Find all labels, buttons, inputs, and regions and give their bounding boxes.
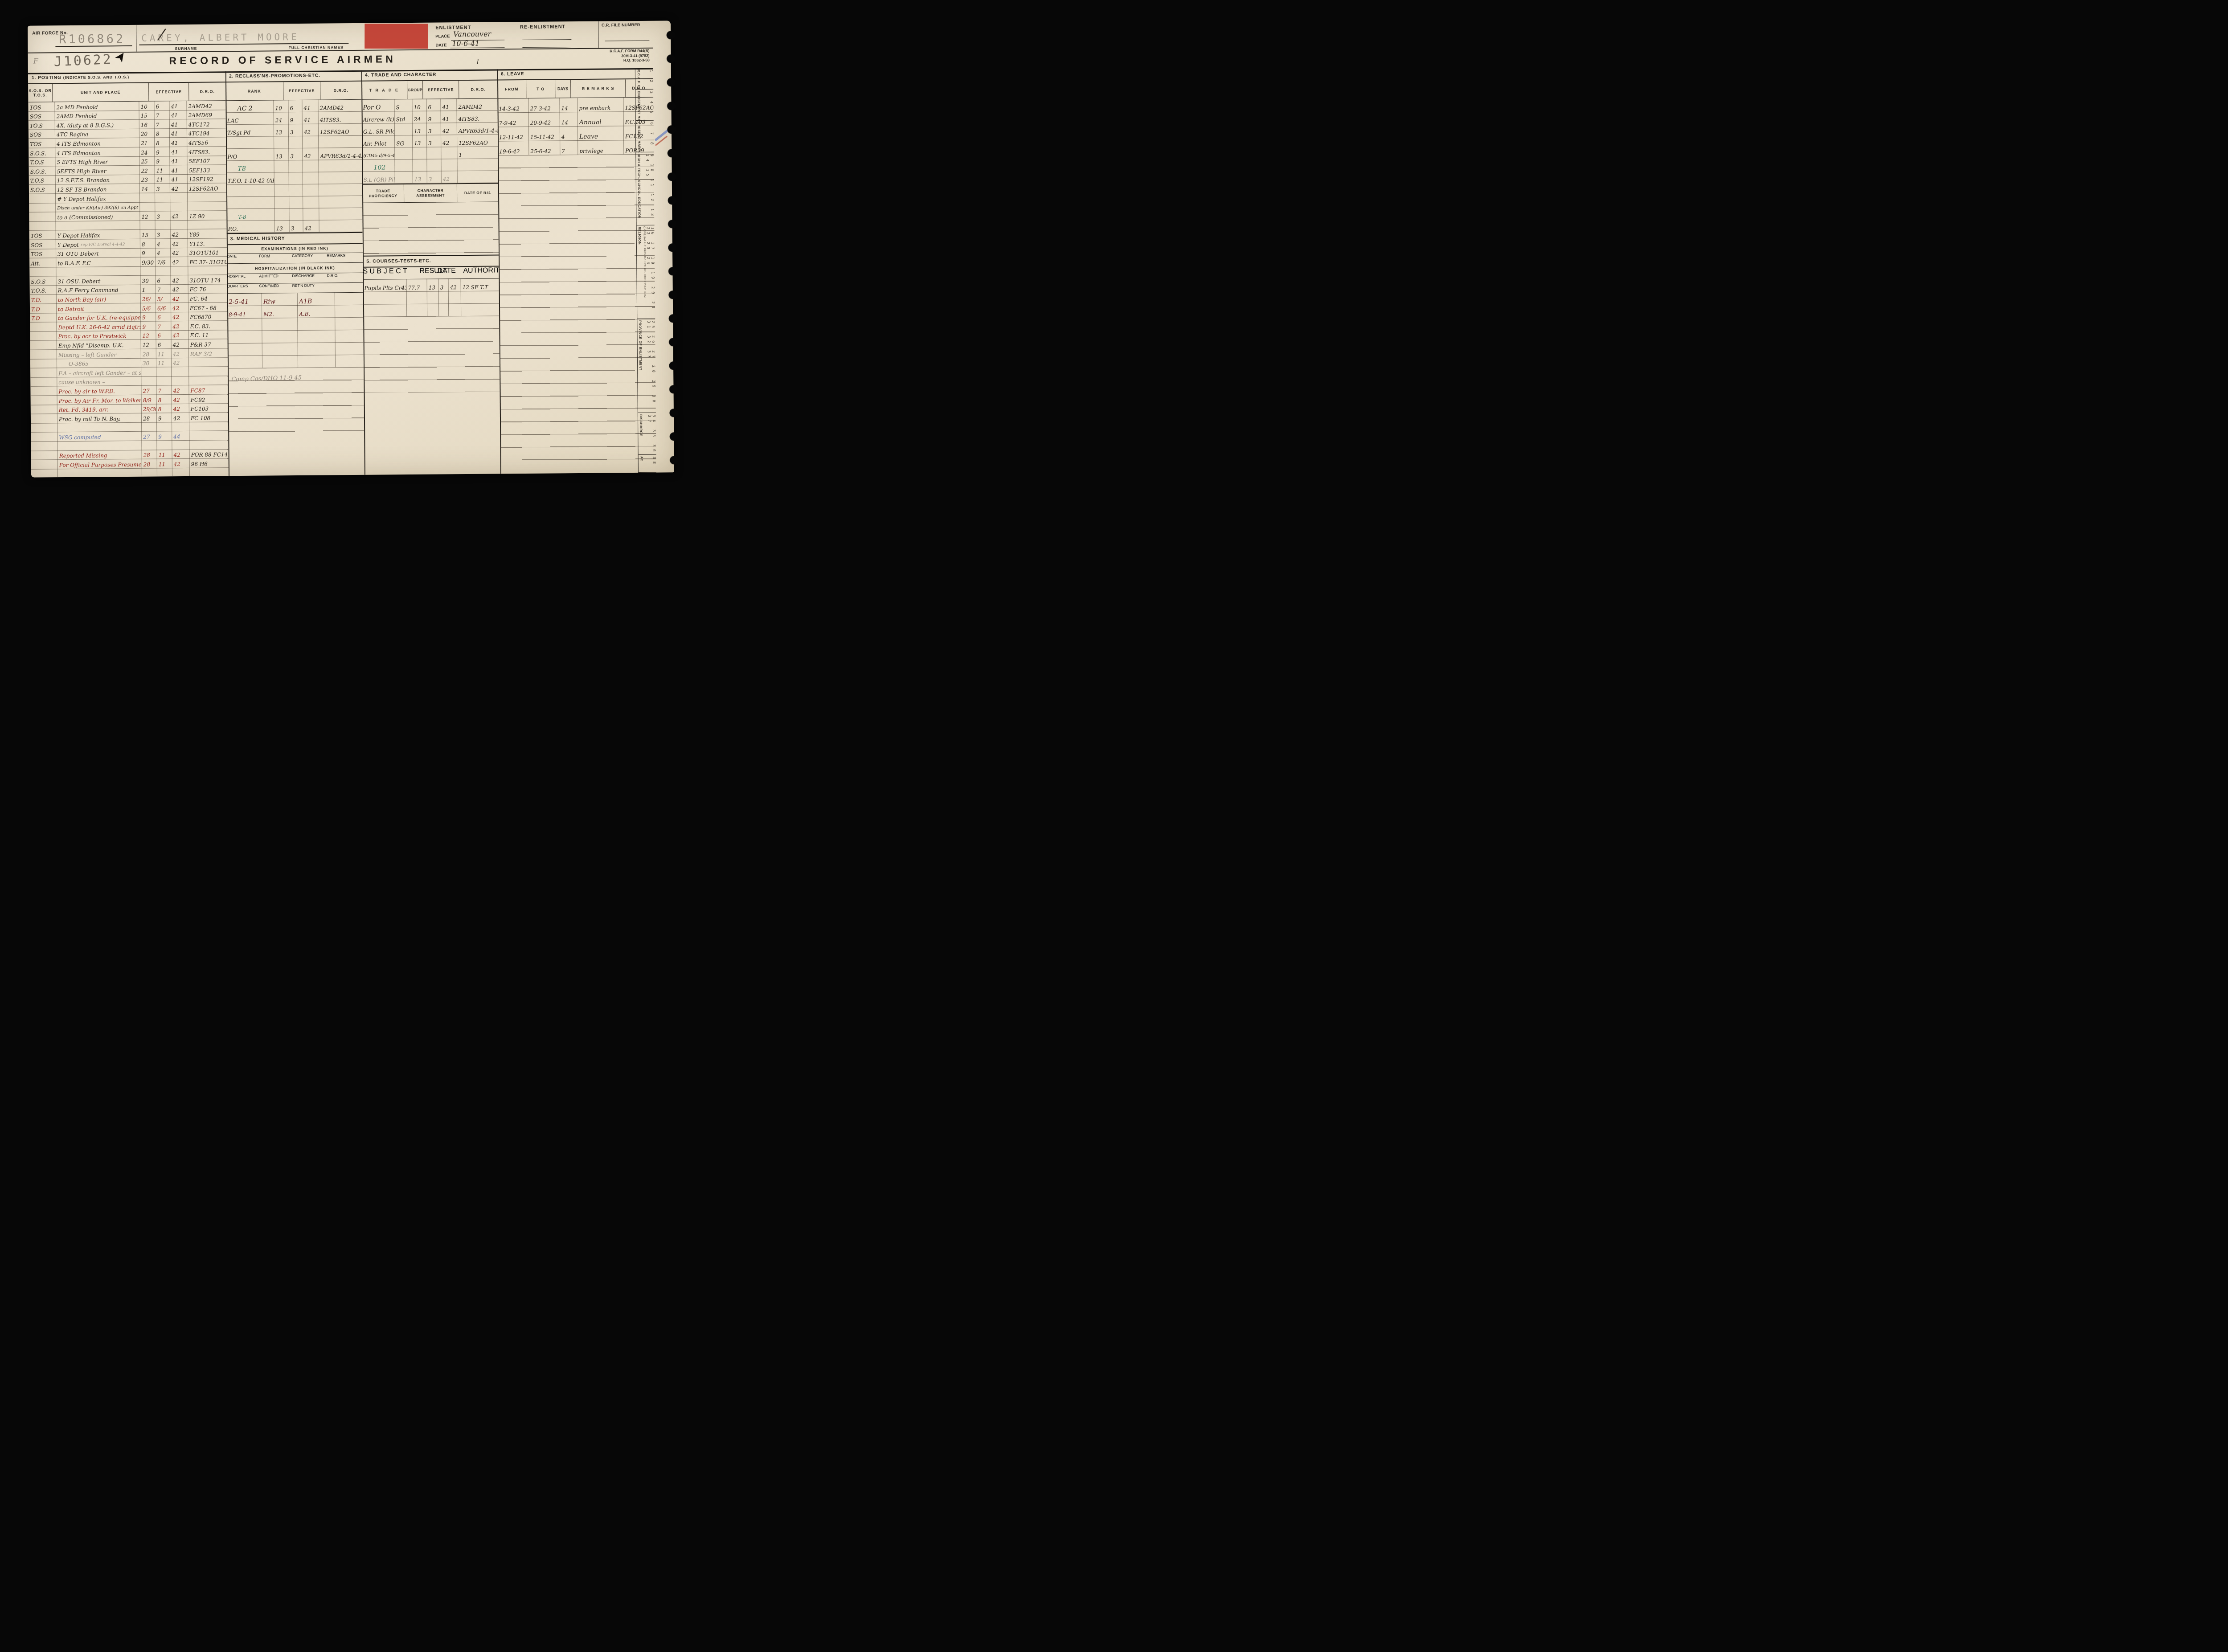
posting-dro: FC6870 bbox=[188, 311, 227, 321]
posting-dro bbox=[188, 266, 227, 275]
posting-day: 14 bbox=[139, 184, 155, 193]
form-number: R.C.A.F. FORM R44(B) 30M-3-41 (9782) H.Q… bbox=[610, 49, 649, 63]
edge-group-label: R.C.A.F. OVERSEAS bbox=[635, 68, 642, 89]
posting-day: 28 bbox=[141, 348, 156, 358]
trade-name: S.L (QR) Pilot bbox=[362, 171, 395, 184]
posting-unit-text: Proc. by acr to Prestwick bbox=[58, 333, 126, 339]
leave-days: 14 bbox=[560, 112, 577, 126]
col-rank: RANK bbox=[225, 82, 283, 100]
col-trade-proficiency: TRADE PROFICIENCY bbox=[362, 184, 404, 203]
col-group: GROUP bbox=[407, 81, 422, 99]
medical-date: 8-9-41 bbox=[227, 306, 262, 319]
edge-group-numbers: 25 26 27 28 29 30 31 32 33 bbox=[646, 319, 656, 412]
section-posting: 1. POSTING (INDICATE S.O.S. AND T.O.S.) … bbox=[28, 71, 229, 477]
posting-unit: Emp Nfld “Disemp. U.K. bbox=[57, 339, 141, 349]
course-year bbox=[448, 291, 461, 303]
trade-dro: 12SF62AO bbox=[457, 134, 498, 147]
posting-sos bbox=[30, 331, 56, 340]
edge-group: ENLISTMENT MARTIAL STATUS 3 4 5 bbox=[635, 89, 654, 121]
posting-sos bbox=[31, 432, 57, 442]
trade-row: Aircrew (lt) Std 24 9 41 4ITS83. bbox=[362, 110, 498, 123]
trade-year: 42 bbox=[441, 135, 457, 147]
posting-unit: For Official Purposes Presumed Dead bbox=[57, 459, 142, 469]
posting-sos bbox=[31, 423, 57, 432]
posting-dro: 96 H6 bbox=[189, 458, 229, 467]
posting-month bbox=[155, 266, 170, 275]
posting-year bbox=[171, 367, 188, 376]
col-effective: EFFECTIVE bbox=[422, 81, 459, 99]
medical-date: 2-5-41 bbox=[227, 293, 262, 306]
trade-dro bbox=[457, 170, 498, 183]
trade-month: 3 bbox=[426, 123, 441, 135]
posting-dro: FC. 64 bbox=[188, 293, 227, 303]
date-value: 10-6-41 bbox=[452, 39, 479, 48]
christian-names-label: FULL CHRISTIAN NAMES bbox=[288, 45, 343, 50]
surname-label: SURNAME bbox=[175, 46, 197, 51]
courses-rows: Pupils Plts Cr43 77.7 13 3 42 12 SF T.T bbox=[363, 278, 500, 317]
reclass-dro bbox=[319, 196, 362, 208]
posting-year bbox=[172, 440, 189, 450]
posting-month: 4 bbox=[155, 238, 170, 248]
trade-month: 9 bbox=[426, 110, 441, 123]
posting-month: 11 bbox=[157, 477, 172, 478]
posting-unit: Ret. Fd. 3419. arr. bbox=[57, 404, 141, 413]
posting-year bbox=[172, 468, 189, 477]
reclass-month bbox=[289, 172, 303, 184]
medical-row bbox=[228, 355, 364, 368]
course-day bbox=[427, 303, 438, 316]
cr-file-number-label: C.R. FILE NUMBER bbox=[602, 23, 651, 29]
col-sos-tos: S.O.S. OR T.O.S. bbox=[28, 84, 52, 102]
posting-sos: T.D bbox=[30, 313, 56, 322]
trade-rows: Por O S 10 6 41 2AMD42 Aircrew (lt) Std … bbox=[361, 98, 498, 184]
posting-unit-text: Proc. by air to W.P.B. bbox=[58, 388, 115, 395]
posting-year: 41 bbox=[169, 137, 187, 147]
trade-dro: APVR63d/1-4-42 bbox=[457, 122, 498, 135]
posting-day: 10 bbox=[139, 101, 154, 110]
edge-group: RELIGION C. OF E. BAP. U.C. PRES. R.C. H… bbox=[637, 225, 655, 319]
posting-sos: T.D. bbox=[30, 294, 56, 304]
course-year: 42 bbox=[448, 278, 461, 291]
posting-month: 7 bbox=[154, 110, 169, 119]
posting-dro: 2AMD69 bbox=[187, 110, 226, 119]
medical-date-text: 2-5-41 bbox=[229, 299, 249, 305]
reclass-dro bbox=[319, 172, 362, 184]
posting-dro bbox=[188, 376, 228, 385]
posting-sos: SOS bbox=[29, 239, 56, 249]
posting-year bbox=[170, 266, 188, 275]
posting-year bbox=[172, 422, 189, 431]
posting-unit-text: Emp Nfld “Disemp. U.K. bbox=[58, 343, 124, 349]
posting-unit bbox=[55, 220, 139, 230]
reclass-dro bbox=[319, 220, 362, 232]
trade-dro: 4ITS83. bbox=[457, 110, 498, 123]
posting-unit-text: to Detroit bbox=[58, 306, 84, 312]
reclass-title: 2. RECLASS'NS-PROMOTIONS-ETC. bbox=[225, 70, 361, 82]
posting-year: 42 bbox=[171, 339, 188, 348]
medical-row: 2-5-41 Riw A1B bbox=[227, 293, 363, 306]
posting-year: 41 bbox=[169, 128, 187, 138]
posting-year: 42 bbox=[171, 312, 188, 321]
reclass-day: 13 bbox=[274, 124, 288, 136]
posting-sos: T.O.S bbox=[29, 175, 55, 184]
reclass-month: 3 bbox=[289, 220, 303, 232]
serial-underline bbox=[55, 45, 132, 47]
posting-dro: 12SF192 bbox=[187, 174, 226, 183]
posting-dro bbox=[187, 220, 226, 229]
posting-unit: 5EFTS High River bbox=[55, 165, 139, 175]
edge-group-label: AC bbox=[639, 454, 645, 472]
posting-month: 11 bbox=[156, 358, 171, 367]
trade-month: 3 bbox=[427, 171, 441, 183]
medical-category bbox=[297, 317, 335, 330]
leave-from: 19-6-42 bbox=[498, 141, 528, 155]
posting-month: 11 bbox=[157, 450, 172, 459]
trade-day: 24 bbox=[412, 111, 426, 123]
posting-month: 9 bbox=[156, 431, 172, 441]
reclass-year bbox=[303, 184, 319, 196]
leave-from: 12-11-42 bbox=[498, 127, 528, 141]
posting-day: 9 bbox=[140, 248, 155, 257]
posting-dro bbox=[188, 357, 228, 367]
posting-month: 9 bbox=[154, 156, 169, 165]
posting-month: 6/6 bbox=[156, 303, 171, 312]
col-trade: T R A D E bbox=[361, 81, 407, 99]
leave-remarks: privilege bbox=[577, 140, 623, 155]
posting-unit: 4X. (duty at 8 B.G.S.) bbox=[55, 119, 139, 129]
trade-day bbox=[412, 147, 426, 159]
posting-year: 42 bbox=[170, 183, 187, 192]
posting-unit: # Y Depot Halifax bbox=[55, 193, 139, 203]
course-day: 13 bbox=[427, 278, 438, 291]
posting-row bbox=[31, 468, 229, 478]
col-effective: EFFECTIVE bbox=[148, 83, 188, 101]
posting-sos bbox=[31, 405, 57, 414]
posting-year: 42 bbox=[171, 385, 188, 394]
medical-title: 3. MEDICAL HISTORY bbox=[227, 233, 363, 245]
posting-unit-text: Ret. Fd. 3419. arr. bbox=[59, 407, 109, 413]
edge-group-numbers: 3 4 5 bbox=[645, 89, 654, 120]
posting-unit: 31 OTU Debert bbox=[56, 248, 140, 258]
posting-day: 9 bbox=[140, 321, 156, 331]
leave-remarks-text: pre embark bbox=[579, 105, 610, 111]
posting-unit: Missing – left Gander bbox=[57, 349, 141, 359]
posting-sos: TOS bbox=[28, 102, 54, 111]
posting-sos bbox=[31, 450, 57, 460]
posting-month: 9 bbox=[156, 413, 172, 422]
posting-unit: O-3865 bbox=[57, 358, 141, 368]
posting-unit-note: rep F/C Dorval 4-4-42 bbox=[81, 241, 125, 248]
posting-year: 42 bbox=[172, 477, 189, 477]
examinations-caption: EXAMINATIONS (IN RED INK) bbox=[227, 244, 363, 254]
posting-day: 28 bbox=[142, 459, 157, 468]
posting-unit-text: 2AMD Penhold bbox=[57, 114, 97, 120]
posting-unit-text: # Y Depot Halifax bbox=[57, 196, 106, 202]
posting-dro bbox=[189, 477, 229, 478]
posting-unit-text: to R.A.F. F.C bbox=[57, 260, 91, 266]
posting-year: 41 bbox=[169, 110, 187, 119]
reclass-year bbox=[303, 208, 319, 220]
empty-ruling bbox=[363, 316, 500, 393]
reclass-rank bbox=[226, 136, 274, 148]
reclass-day: 24 bbox=[274, 112, 288, 124]
reclass-year: 41 bbox=[302, 100, 318, 112]
section-trade-courses: 4. TRADE AND CHARACTER T R A D E GROUP E… bbox=[361, 69, 500, 474]
posting-day: 29/30 bbox=[141, 404, 156, 413]
posting-rows: TOS 2a MD Penhold 10 6 41 2AMD42 SOS 2AM… bbox=[28, 101, 229, 477]
col-quarters: QUARTERS bbox=[227, 284, 259, 294]
posting-sos bbox=[30, 377, 57, 386]
reclass-rank: LAC bbox=[226, 112, 274, 124]
posting-day: 27 bbox=[141, 385, 156, 395]
col-discharge: DISCHARGE bbox=[292, 273, 327, 283]
posting-dro: 31OTU101 bbox=[188, 247, 227, 257]
medical-date bbox=[228, 356, 262, 368]
reclass-month bbox=[288, 136, 302, 148]
posting-unit: 31 OSU. Debert bbox=[56, 275, 140, 285]
posting-day: 15 bbox=[140, 229, 155, 239]
trade-day: 13 bbox=[413, 171, 427, 183]
posting-unit-text: Y Depot Halifax bbox=[57, 233, 100, 239]
posting-unit: Deptd U.K. 26-6-42 arrid Hqtrs F.C. bbox=[56, 321, 140, 331]
posting-month bbox=[157, 468, 172, 477]
posting-sos: TOS bbox=[29, 249, 56, 258]
reclass-year: 42 bbox=[302, 148, 318, 160]
posting-unit-text: 5EFTS High River bbox=[57, 168, 106, 175]
posting-unit: Y Depot Halifax bbox=[56, 229, 140, 239]
course-subject bbox=[363, 291, 406, 304]
medical-rows: 2-5-41 Riw A1B 8-9-41 M2. A.B. bbox=[227, 293, 364, 368]
posting-sos: S.O.S bbox=[29, 184, 55, 194]
trade-month: 3 bbox=[426, 135, 441, 147]
posting-day: 25 bbox=[139, 156, 154, 165]
medical-category-text: A1B bbox=[299, 299, 312, 305]
service-number-stamp: R106862 bbox=[59, 32, 125, 46]
reclass-day bbox=[274, 172, 289, 184]
posting-sos: T.D bbox=[30, 303, 56, 313]
trade-name: G.L. SR Pilot bbox=[362, 123, 394, 135]
leave-days: 7 bbox=[560, 140, 577, 155]
posting-sos: TOS bbox=[29, 230, 56, 240]
col-hospital: HOSPITAL bbox=[227, 274, 259, 284]
medical-category bbox=[297, 330, 335, 343]
posting-day bbox=[139, 192, 155, 202]
posting-day: 30 bbox=[141, 358, 156, 367]
leave-from: 14-3-42 bbox=[497, 98, 528, 113]
posting-unit: WSG computed bbox=[57, 431, 141, 441]
posting-unit: to R.A.F. F.C bbox=[56, 257, 140, 267]
posting-dro: FC87 bbox=[188, 385, 228, 394]
posting-sos bbox=[30, 322, 56, 331]
posting-dro bbox=[189, 440, 228, 449]
medical-date bbox=[227, 331, 262, 343]
medical-dro bbox=[335, 317, 363, 330]
trade-group bbox=[394, 159, 412, 171]
leave-to: 25-6-42 bbox=[528, 140, 560, 155]
posting-unit: 4 ITS Edmonton bbox=[55, 138, 139, 147]
reclass-rows: AC 2 10 6 41 2AMD42 LAC 24 9 41 4ITS83. … bbox=[225, 100, 362, 233]
posting-dro: F.C. 83. bbox=[188, 320, 227, 330]
posting-sos bbox=[31, 441, 57, 450]
posting-day bbox=[140, 266, 155, 275]
reclass-rank: T.F.O. 1-10-42 (APR14/22-1-43) FC19 bbox=[226, 172, 274, 184]
posting-sos bbox=[29, 221, 55, 230]
posting-unit-text: For Official Purposes Presumed Dead bbox=[59, 462, 142, 468]
posting-year bbox=[170, 220, 187, 229]
course-result bbox=[406, 291, 427, 304]
reclass-dro bbox=[319, 184, 362, 196]
posting-day bbox=[141, 422, 156, 431]
posting-unit: Proc. by Air Fr. Mor. to Walker bbox=[57, 395, 141, 405]
reclass-day bbox=[274, 160, 288, 172]
leave-row: 19-6-42 25-6-42 7 privilege POR39 bbox=[498, 140, 654, 156]
posting-dro: FC103 bbox=[189, 403, 228, 413]
trade-day: 13 bbox=[412, 123, 426, 135]
posting-sos bbox=[29, 203, 55, 212]
courses-row: Pupils Plts Cr43 77.7 13 3 42 12 SF T.T bbox=[363, 278, 499, 292]
col-unit-place: UNIT AND PLACE bbox=[52, 83, 148, 102]
posting-year: 42 bbox=[172, 449, 189, 458]
trade-row: 102 bbox=[362, 159, 498, 172]
posting-dro bbox=[188, 366, 228, 376]
reclass-month: 6 bbox=[288, 100, 302, 112]
medical-category bbox=[298, 342, 335, 355]
reclass-row: LAC 24 9 41 4ITS83. bbox=[226, 112, 362, 125]
reclass-day bbox=[274, 208, 289, 220]
posting-month bbox=[156, 376, 171, 385]
posting-sos bbox=[29, 267, 56, 276]
date-label: DATE bbox=[435, 43, 446, 48]
posting-month: 7/6 bbox=[155, 257, 170, 266]
trade-name: (CD45 d/9-5-42) AFRO536/42. bbox=[362, 147, 394, 159]
medical-form bbox=[262, 343, 298, 356]
course-month: 3 bbox=[438, 278, 448, 291]
posting-month: 8 bbox=[156, 394, 172, 404]
trade-group: Std bbox=[394, 111, 412, 123]
posting-unit: Reported Missing bbox=[57, 450, 142, 459]
posting-sos bbox=[29, 193, 55, 203]
posting-year: 41 bbox=[169, 147, 187, 156]
edge-group-numbers: 9 10 11 12 13 14 15 bbox=[645, 152, 654, 225]
posting-month bbox=[155, 192, 170, 202]
posting-year: 42 bbox=[171, 348, 188, 358]
posting-unit: 2AMD Penhold bbox=[55, 110, 139, 120]
col-date: DATE bbox=[437, 267, 463, 278]
posting-month: 8 bbox=[154, 128, 169, 138]
reclass-month: 9 bbox=[288, 112, 302, 124]
reclass-header: RANK EFFECTIVE D.R.O. bbox=[225, 82, 361, 101]
posting-unit: 12 S.F.T.S. Brandon bbox=[55, 174, 139, 184]
posting-dro: 1Z 90 bbox=[187, 210, 226, 220]
col-authority: AUTHORITY bbox=[463, 266, 499, 278]
posting-day: 20 bbox=[139, 128, 154, 138]
posting-day bbox=[141, 367, 156, 376]
posting-unit: Pres dead bbox=[57, 477, 142, 478]
col-confined: CONFINED bbox=[259, 283, 292, 293]
posting-unit-text: Deptd U.K. 26-6-42 arrid Hqtrs F.C. bbox=[58, 324, 140, 331]
posting-dro: FC67 - 68 bbox=[188, 302, 227, 311]
posting-unit: to a (Commissioned) bbox=[55, 211, 139, 221]
posting-unit-text: 12 SF TS Brandon bbox=[57, 187, 107, 193]
edge-group-numbers: 6 7 8 bbox=[646, 121, 654, 152]
posting-day: 9/30 bbox=[140, 257, 155, 266]
trade-day: 13 bbox=[412, 135, 426, 147]
full-name-value: CAREY, ALBERT MOORE bbox=[141, 32, 299, 44]
posting-day bbox=[139, 220, 155, 229]
trade-year: 41 bbox=[440, 98, 456, 110]
posting-month: 11 bbox=[155, 174, 170, 184]
posting-sos bbox=[30, 340, 57, 350]
posting-dro: FC 37- 31OTU101-17S bbox=[188, 256, 227, 266]
posting-month: 11 bbox=[156, 348, 171, 358]
reclass-month bbox=[289, 196, 303, 208]
posting-sos: Att. bbox=[29, 258, 56, 267]
posting-unit: F.A – aircraft left Gander – at sea – bbox=[57, 367, 141, 377]
leave-to: 15-11-42 bbox=[528, 126, 560, 141]
medical-category: A1B bbox=[297, 292, 335, 305]
posting-unit: to Detroit bbox=[56, 303, 140, 313]
posting-year: 42 bbox=[172, 413, 189, 422]
empty-ruling bbox=[362, 202, 499, 255]
col-dro: D.R.O. bbox=[320, 82, 361, 100]
posting-sos bbox=[31, 395, 57, 405]
trade-day bbox=[412, 159, 426, 171]
leave-header: FROM T O DAYS R E M A R K S D.R.O. bbox=[497, 79, 653, 99]
form-line-3: H.Q. 1062-3-58 bbox=[610, 58, 649, 63]
leave-title: 6. LEAVE bbox=[497, 68, 653, 81]
reclass-dro bbox=[318, 135, 362, 148]
reclass-month bbox=[289, 208, 303, 220]
reclass-month bbox=[289, 184, 303, 196]
section-courses: 5. COURSES-TESTS-ETC. S U B J E C T RESU… bbox=[363, 254, 500, 393]
posting-year: 42 bbox=[171, 357, 188, 367]
posting-unit: to North Bay (air) bbox=[56, 294, 140, 303]
edge-group-label: HIGH & TECH. SCHOOL EDUCATION bbox=[636, 152, 642, 225]
posting-title: 1. POSTING (INDICATE S.O.S. AND T.O.S.) bbox=[28, 71, 225, 84]
posting-year: 44 bbox=[172, 431, 189, 440]
posting-month bbox=[156, 367, 171, 376]
col-dro: D.R.O. bbox=[459, 80, 497, 98]
trade-group bbox=[394, 123, 412, 135]
posting-unit: cause unknown – bbox=[57, 376, 141, 386]
posting-dro: FC 108 bbox=[189, 412, 228, 421]
reclass-rank: AC 2 bbox=[225, 100, 273, 112]
trade-dro bbox=[457, 158, 498, 171]
trade-name: Por O bbox=[361, 99, 394, 111]
reclass-month: 3 bbox=[288, 124, 302, 136]
course-day bbox=[427, 291, 438, 303]
col-retn-duty: RET'N DUTY bbox=[292, 283, 327, 293]
posting-day: 24 bbox=[139, 147, 154, 156]
medical-category-text: A.B. bbox=[299, 311, 310, 317]
col-effective: EFFECTIVE bbox=[283, 82, 320, 100]
trade-dro: 2AMD42 bbox=[456, 98, 497, 110]
posting-dro bbox=[187, 201, 226, 211]
medical-row bbox=[227, 330, 363, 343]
posting-unit-text: 4 ITS Edmonton bbox=[57, 141, 101, 147]
leave-remarks-text: Leave bbox=[579, 134, 598, 140]
posting-unit: Proc. by acr to Prestwick bbox=[56, 331, 140, 340]
posting-day: 22 bbox=[139, 165, 155, 175]
posting-dro: 5EF107 bbox=[187, 155, 226, 165]
reclass-row: AC 2 10 6 41 2AMD42 bbox=[225, 100, 361, 113]
reclass-rank: P.O. bbox=[226, 220, 274, 233]
leave-remarks-text: privilege bbox=[579, 148, 603, 154]
posting-header: S.O.S. OR T.O.S. UNIT AND PLACE EFFECTIV… bbox=[28, 82, 225, 102]
reclass-rank: T-8 bbox=[226, 208, 274, 221]
reclass-row: T/Sgt Pd 13 3 42 12SF62AO bbox=[226, 124, 362, 137]
divider bbox=[598, 21, 598, 48]
